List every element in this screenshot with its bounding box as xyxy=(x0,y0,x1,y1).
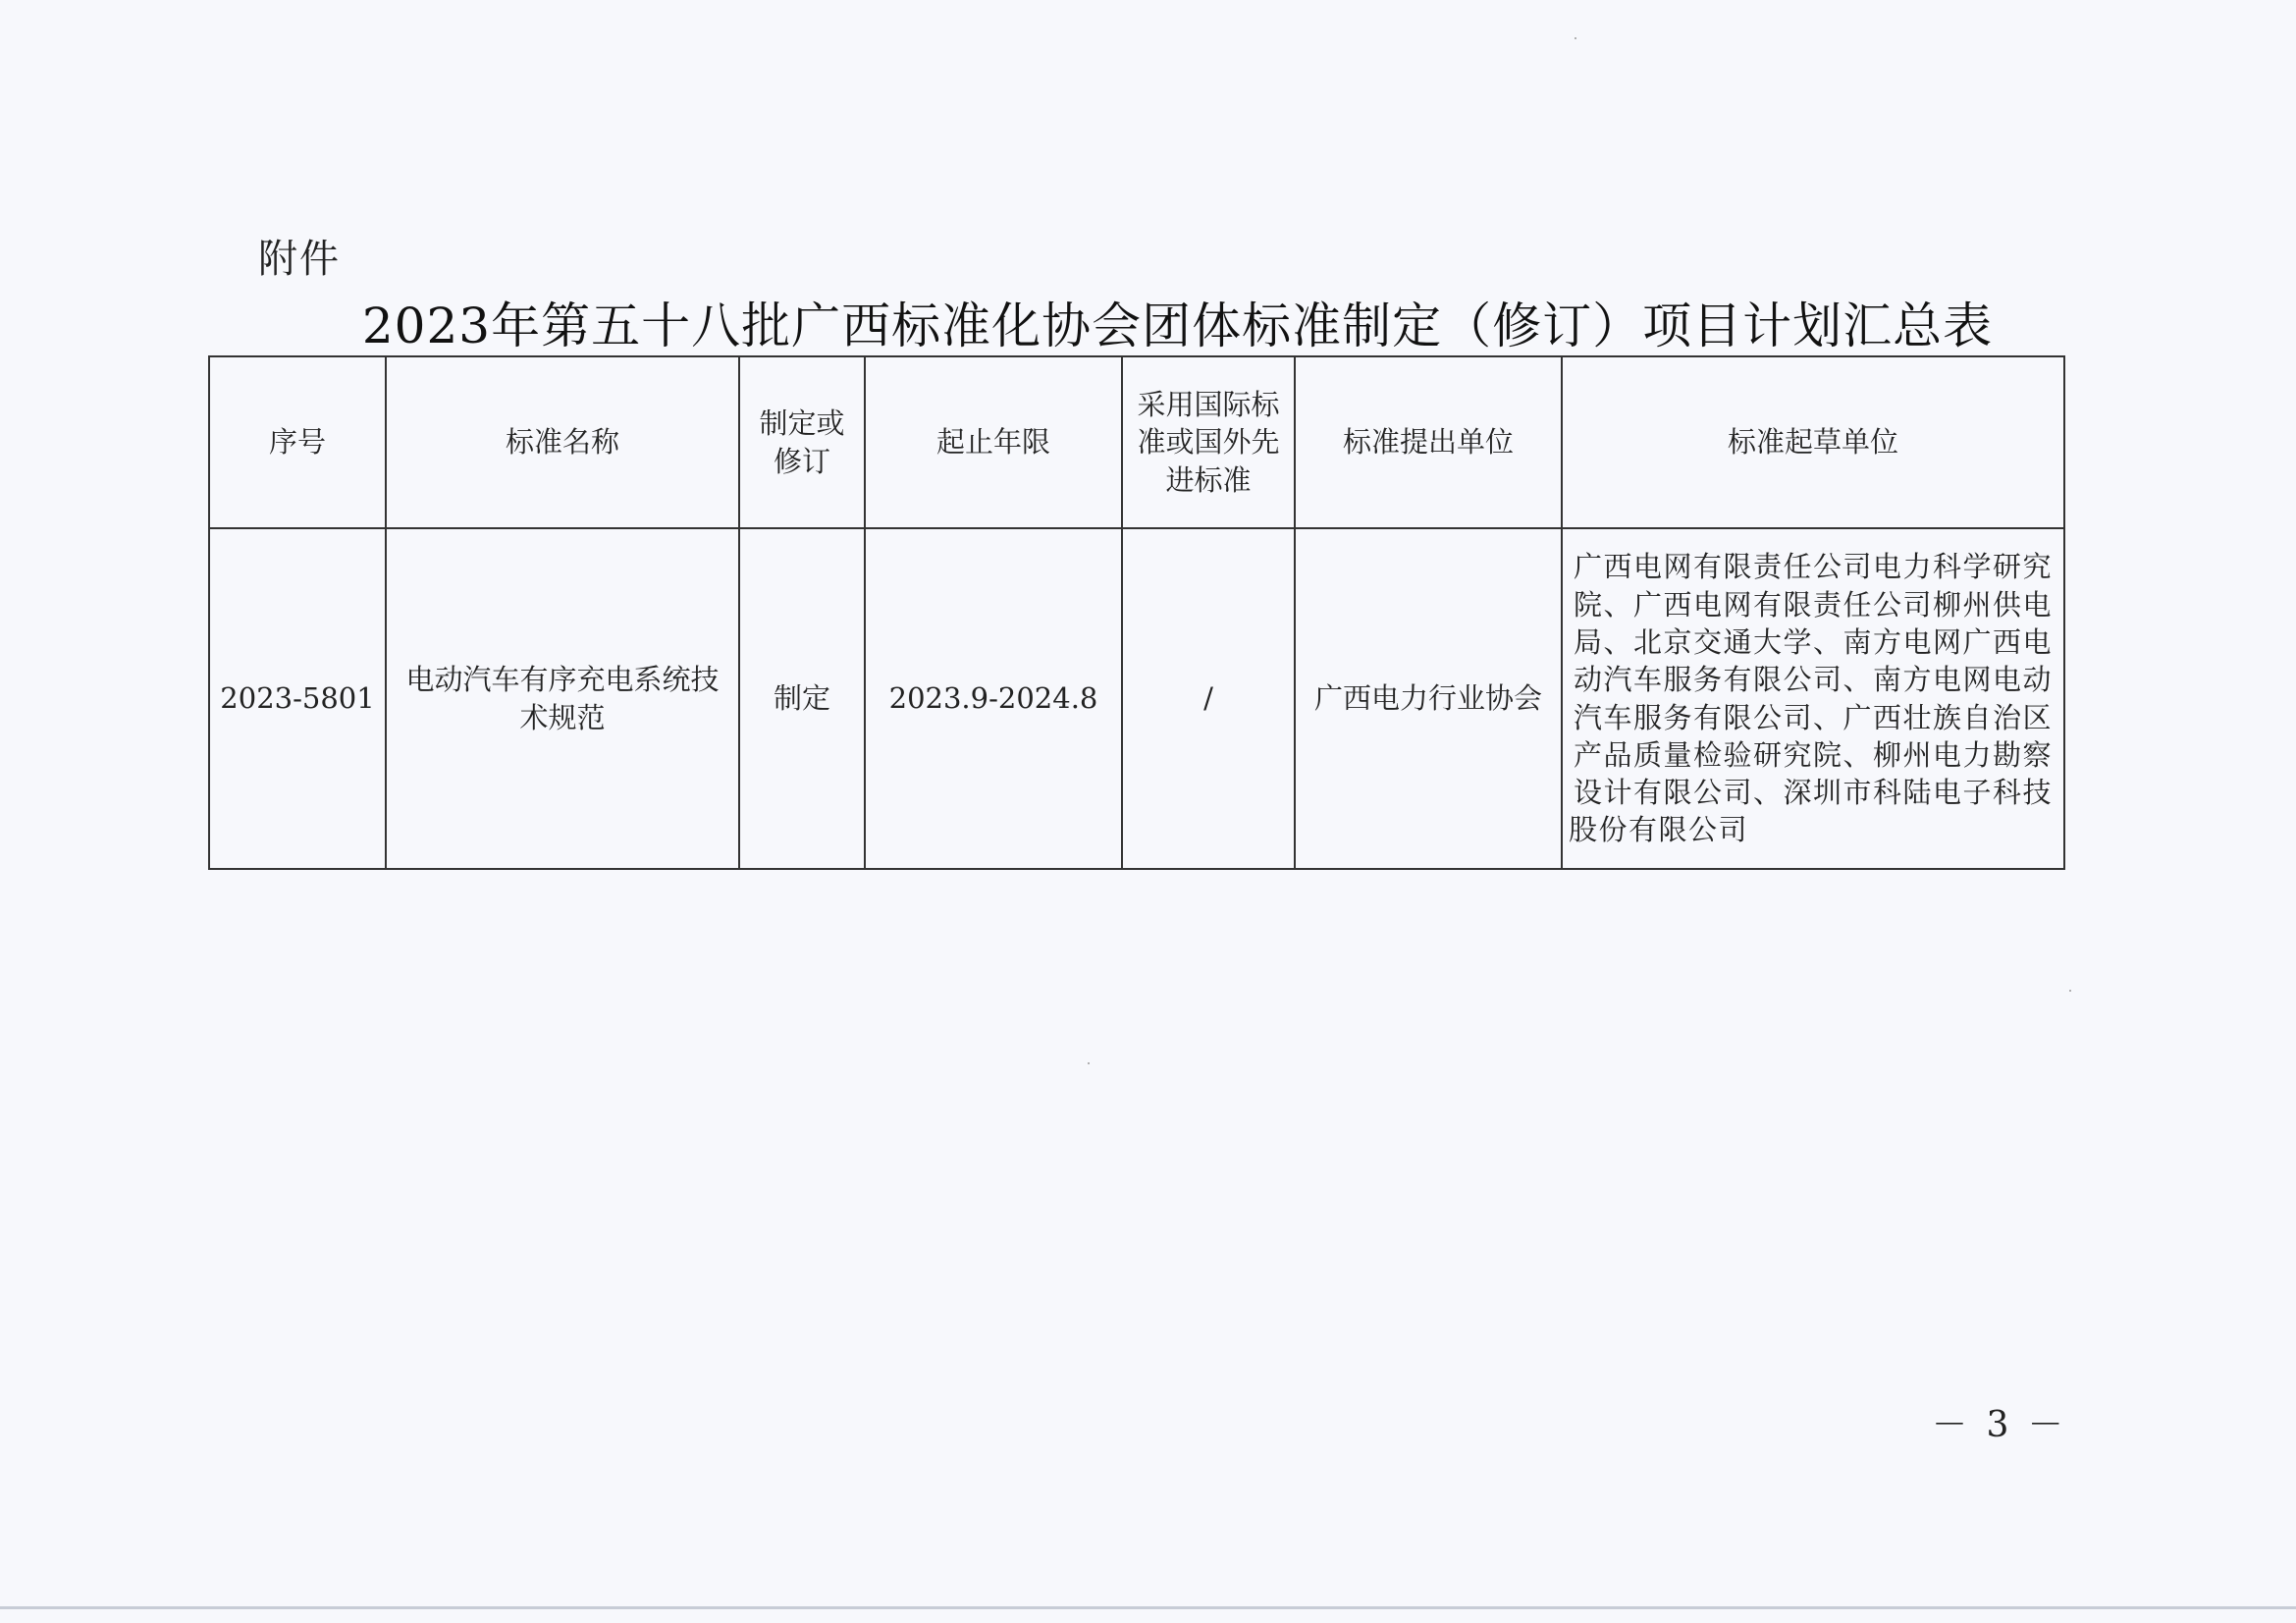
table-header-row: 序号 标准名称 制定或修订 起止年限 采用国际标准或国外先进标准 标准提出单位 … xyxy=(209,356,2064,528)
document-page: 附件 2023年第五十八批广西标准化协会团体标准制定（修订）项目计划汇总表 序号… xyxy=(0,0,2296,1623)
cell-drafter: 广西电网有限责任公司电力科学研究院、广西电网有限责任公司柳州供电局、北京交通大学… xyxy=(1562,528,2064,869)
cell-period: 2023.9-2024.8 xyxy=(865,528,1122,869)
header-type: 制定或修订 xyxy=(739,356,865,528)
table-row: 2023-5801 电动汽车有序充电系统技术规范 制定 2023.9-2024.… xyxy=(209,528,2064,869)
attachment-label: 附件 xyxy=(258,228,341,284)
header-proposer: 标准提出单位 xyxy=(1295,356,1562,528)
header-seq: 序号 xyxy=(209,356,386,528)
cell-proposer: 广西电力行业协会 xyxy=(1295,528,1562,869)
scan-speck xyxy=(1088,1062,1090,1064)
header-name: 标准名称 xyxy=(386,356,739,528)
scan-speck xyxy=(2069,990,2071,992)
cell-type: 制定 xyxy=(739,528,865,869)
document-title: 2023年第五十八批广西标准化协会团体标准制定（修订）项目计划汇总表 xyxy=(0,287,2296,357)
header-drafter: 标准起草单位 xyxy=(1562,356,2064,528)
header-intl: 采用国际标准或国外先进标准 xyxy=(1122,356,1295,528)
scan-speck xyxy=(1575,37,1576,39)
scan-bottom-edge xyxy=(0,1606,2296,1609)
cell-seq: 2023-5801 xyxy=(209,528,386,869)
standards-plan-table: 序号 标准名称 制定或修订 起止年限 采用国际标准或国外先进标准 标准提出单位 … xyxy=(208,355,2065,870)
page-number: － 3 － xyxy=(1932,1397,2067,1447)
header-period: 起止年限 xyxy=(865,356,1122,528)
cell-name: 电动汽车有序充电系统技术规范 xyxy=(386,528,739,869)
cell-intl: / xyxy=(1122,528,1295,869)
